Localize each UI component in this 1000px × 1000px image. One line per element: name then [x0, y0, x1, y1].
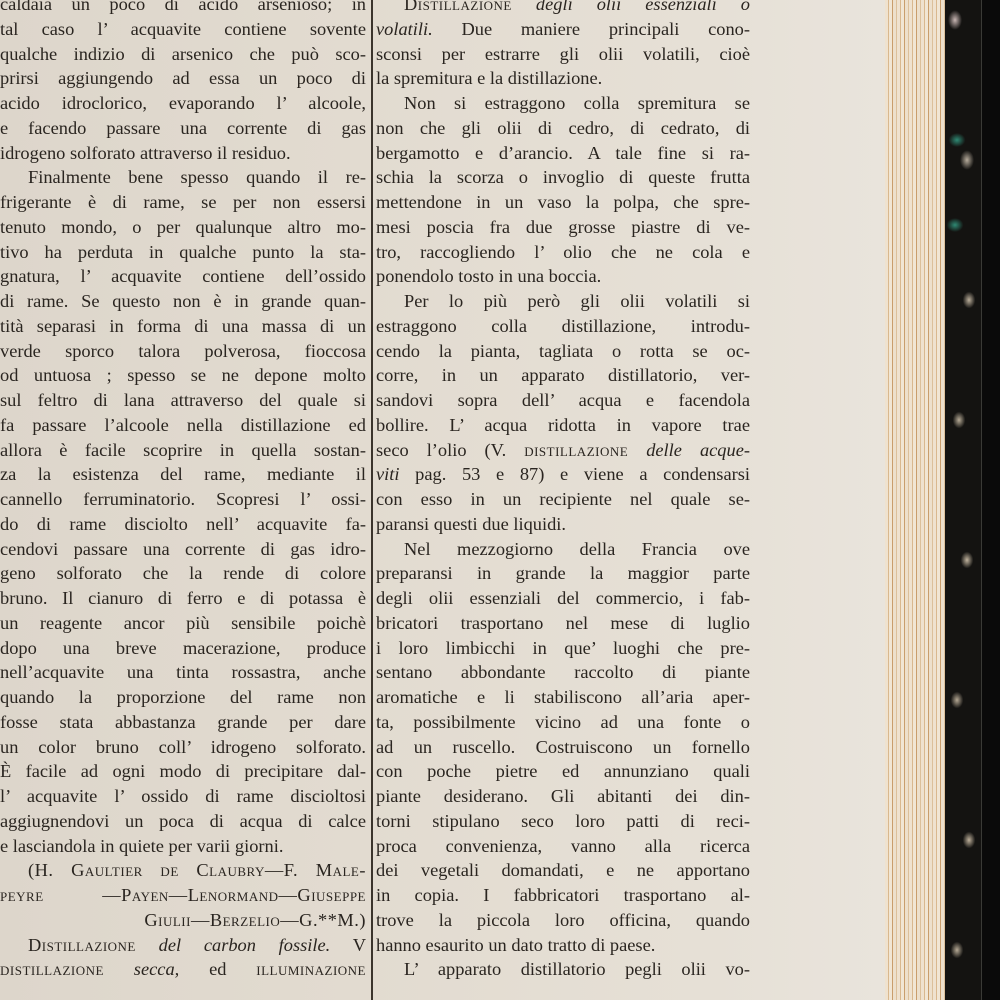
- entry-heading: Distillazione: [28, 935, 136, 955]
- text-line: caldaia un poco di acido arsenioso; in: [0, 0, 366, 17]
- text-line: mettendone in un vaso la polpa, che spre…: [376, 190, 750, 215]
- text-word: ed: [209, 959, 226, 979]
- citation-authors: Giulii—Berzelio—G.**M.): [0, 908, 366, 933]
- text-line: cendo la pianta, tagliata o rotta se oc-: [376, 339, 750, 364]
- text-line: schia la scorza o invoglio di queste fru…: [376, 165, 750, 190]
- text-line: allora è facile scoprire in quella sosta…: [0, 438, 366, 463]
- cross-reference-line: viti pag. 53 e 87) e viene a condensarsi: [376, 462, 750, 487]
- text-line: acido idroclorico, evaporando l’ alcoole…: [0, 91, 366, 116]
- text-line: nell’acquavite una tinta rossastra, anch…: [0, 660, 366, 685]
- text-line: tivo ha perduta in qualche punto la sta-: [0, 240, 366, 265]
- text-line: estraggono colla distillazione, introdu-: [376, 314, 750, 339]
- paragraph-start-line: Nel mezzogiorno della Francia ove: [376, 537, 750, 562]
- right-column: Distillazione degli olii essenziali o vo…: [376, 0, 750, 982]
- cross-reference-line: seco l’olio (V. distillazione delle acqu…: [376, 438, 750, 463]
- book-page: caldaia un poco di acido arsenioso; in t…: [0, 0, 888, 1000]
- page-edges-texture: [885, 0, 945, 1000]
- text-line: sentano abbondante raccolto di piante: [376, 660, 750, 685]
- cover-edge: [981, 0, 1000, 1000]
- cross-reference-term: viti: [376, 464, 400, 484]
- text-line: od untuosa ; spesso se ne depone molto: [0, 363, 366, 388]
- text-line: sul feltro di lana attraverso del quale …: [0, 388, 366, 413]
- cross-reference-term: distillazione: [524, 440, 628, 460]
- text-line: qualche indizio di arsenico che può sco-: [0, 42, 366, 67]
- marbled-cover: [945, 0, 981, 1000]
- text-line: bollire. L’ acqua ridotta in vapore trae: [376, 413, 750, 438]
- entry-title: volatili.: [376, 19, 433, 39]
- cross-reference-term: illuminazione: [256, 959, 366, 979]
- paragraph-start-line: L’ apparato distillatorio pegli olii vo-: [376, 957, 750, 982]
- text-line: con esso in un recipiente nel quale se-: [376, 487, 750, 512]
- text-line: ta, possibilmente vicino ad una fonte o: [376, 710, 750, 735]
- text-line: tenuto mondo, o per qualunque altro mo-: [0, 215, 366, 240]
- text-line: tal caso l’ acquavite contiene sovente: [0, 17, 366, 42]
- text-line: dopo una breve macerazione, produce: [0, 636, 366, 661]
- entry-heading-line: Distillazione degli olii essenziali o: [376, 0, 750, 17]
- paragraph-start-line: Non si estraggono colla spremitura se: [376, 91, 750, 116]
- text-line: ad un ruscello. Costruiscono un fornello: [376, 735, 750, 760]
- text-line: un reagente ancor più sensibile poichè: [0, 611, 366, 636]
- text-line: torni stipulano seco loro patti di reci-: [376, 809, 750, 834]
- text-line: con poche pietre ed annunziano quali: [376, 759, 750, 784]
- text-line: gnatura, l’ acquavite contiene dell’ossi…: [0, 264, 366, 289]
- text-line: cannello ferruminatorio. Scopresi l’ oss…: [0, 487, 366, 512]
- text-line: la spremitura e la distillazione.: [376, 66, 750, 91]
- text-line: piante desiderano. Gli abitanti dei din-: [376, 784, 750, 809]
- text-line: tro, raccogliendo l’ olio che ne cola e: [376, 240, 750, 265]
- text-line: bruno. Il cianuro di ferro e di potassa …: [0, 586, 366, 611]
- text-line: preparansi in grande la maggior parte: [376, 561, 750, 586]
- text-line: non che gli olii di cedro, di cedrato, d…: [376, 116, 750, 141]
- text-line: geno solforato che la rende di colore: [0, 561, 366, 586]
- text-line: sconsi per estrarre gli olii volatili, c…: [376, 42, 750, 67]
- text-line: cendovi passare una corrente di gas idro…: [0, 537, 366, 562]
- text-line: trove la piccola loro officina, quando: [376, 908, 750, 933]
- text-line: aromatiche e li stabiliscono all’aria ap…: [376, 685, 750, 710]
- text-line: i loro limbicchi in que’ luoghi che pre-: [376, 636, 750, 661]
- text-line: un color bruno coll’ idrogeno solforato.: [0, 735, 366, 760]
- text-line: e lasciandola in quiete per varii giorni…: [0, 834, 366, 859]
- cross-reference-term: delle acque-: [646, 440, 750, 460]
- citation-authors: (H. Gaultier de Claubry—F. Male-: [0, 858, 366, 883]
- text-line: fosse stata abbastanza grande per dare: [0, 710, 366, 735]
- text-line: ponendolo tosto in una boccia.: [376, 264, 750, 289]
- text-line: in copia. I fabbricatori trasportano al-: [376, 883, 750, 908]
- text-fragment: seco l’olio (V.: [376, 440, 506, 460]
- column-divider: [371, 0, 373, 1000]
- cross-reference-line: distillazione secca, ed illuminazione: [0, 957, 366, 982]
- entry-title: degli olii essenziali o: [536, 0, 750, 14]
- text-line: hanno esaurito un dato tratto di paese.: [376, 933, 750, 958]
- text-line: idrogeno solforato attraverso il residuo…: [0, 141, 366, 166]
- text-line: prirsi aggiungendo ad essa un poco di: [0, 66, 366, 91]
- text-line: bergamotto e d’arancio. A tale fine si r…: [376, 141, 750, 166]
- text-line: do di rame disciolto nell’ acquavite fa-: [0, 512, 366, 537]
- text-line: aggiugnendovi un poca di acqua di calce: [0, 809, 366, 834]
- entry-heading: Distillazione: [404, 0, 512, 14]
- cross-reference-term: secca,: [134, 959, 179, 979]
- text-line: bricatori trasportano nel mese di luglio: [376, 611, 750, 636]
- text-line: proca convenienza, vanno alla ricerca: [376, 834, 750, 859]
- text-line: corre, in un apparato distillatorio, ver…: [376, 363, 750, 388]
- text-line: degli olii essenziali del commercio, i f…: [376, 586, 750, 611]
- left-column: caldaia un poco di acido arsenioso; in t…: [0, 0, 366, 982]
- text-line: mesi poscia fra due grosse piastre di ve…: [376, 215, 750, 240]
- citation-authors: peyre —Payen—Lenormand—Giuseppe: [0, 883, 366, 908]
- text-line: e facendo passare una corrente di gas: [0, 116, 366, 141]
- text-line: dei vegetali domandati, e ne apportano: [376, 858, 750, 883]
- text-line: verde sporco talora polverosa, fioccosa: [0, 339, 366, 364]
- text-line: È facile ad ogni modo di precipitare dal…: [0, 759, 366, 784]
- text-line: tità separasi in forma di una massa di u…: [0, 314, 366, 339]
- text-line: fa passare l’alcoole nella distillazione…: [0, 413, 366, 438]
- text-line: di rame. Se questo non è in grande quan-: [0, 289, 366, 314]
- text-line: frigerante è di rame, se per non essersi: [0, 190, 366, 215]
- text-line: za la esistenza del rame, mediante il: [0, 462, 366, 487]
- paragraph-start-line: Finalmente bene spesso quando il re-: [0, 165, 366, 190]
- text-line: l’ acquavite l’ ossido di rame disciolto…: [0, 784, 366, 809]
- text-line: sandovi sopra dell’ acqua e facendola: [376, 388, 750, 413]
- entry-title: del carbon fossile.: [159, 935, 331, 955]
- text-line: paransi questi due liquidi.: [376, 512, 750, 537]
- cross-reference: V: [353, 935, 366, 955]
- text-fragment: pag. 53 e 87) e viene a condensarsi: [415, 464, 750, 484]
- cross-reference-term: distillazione: [0, 959, 104, 979]
- paragraph-start-line: Per lo più però gli olii volatili si: [376, 289, 750, 314]
- text-line: quando la proporzione del rame non: [0, 685, 366, 710]
- entry-heading-line: volatili. Due maniere principali cono-: [376, 17, 750, 42]
- text-fragment: Due maniere principali cono-: [461, 19, 750, 39]
- entry-carbon-fossile: Distillazione del carbon fossile. V: [0, 933, 366, 958]
- scanned-book-spread: caldaia un poco di acido arsenioso; in t…: [0, 0, 1000, 1000]
